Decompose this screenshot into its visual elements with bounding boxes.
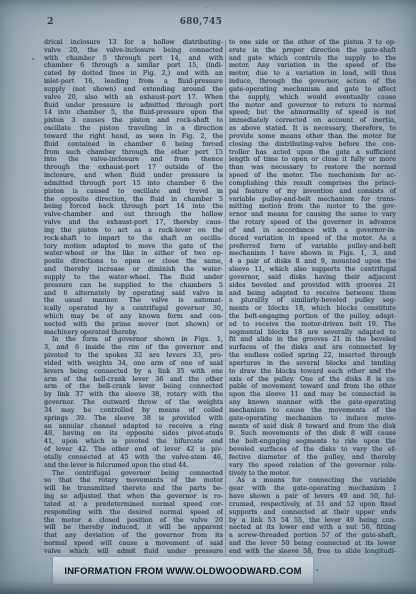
text-line: nected at its lower end with a nut 56, f… <box>229 524 396 532</box>
text-line: closing the distributing-valve before th… <box>229 141 396 149</box>
text-line: induce, through the governor, action of … <box>229 78 396 86</box>
text-line: as above stated. It is necessary, theref… <box>229 125 396 133</box>
text-line: admitted through port 15 into chamber 6 … <box>44 180 223 188</box>
text-line: the belt-engaging portion of the pulley,… <box>229 313 396 321</box>
text-line: through the exhaust-port 17 outside of t… <box>44 164 223 172</box>
text-line: and the lever is fulcrumed upon the stud… <box>44 462 223 470</box>
text-line: apertures in the several blocks and tend… <box>229 360 396 368</box>
text-line: ernor and means for causing the same to … <box>229 211 396 219</box>
text-line: mechanism to cause the movements of the <box>229 407 396 415</box>
text-line: cated by dotted lines in Fig. 2,) and wi… <box>44 70 223 78</box>
text-line: erate in the proper direction the gate-s… <box>229 47 396 55</box>
text-line: into the valve-inclosure and from thence <box>44 156 223 164</box>
patent-page-scan: 2 680,745 drical inclosure 13 for a holl… <box>0 0 416 594</box>
text-line: a plurality of similarly-beveled pulley … <box>229 297 396 305</box>
text-line: vided with weights 34, one arm of one of… <box>44 360 223 368</box>
text-line: segmental blocks 18 are severally adapte… <box>229 329 396 337</box>
text-line: of and in accordance with a governor-in- <box>229 227 396 235</box>
text-line: the endless coiled spring 22, inserted t… <box>229 352 396 360</box>
text-line: mitting motion from the motor to the gov… <box>229 203 396 211</box>
text-line: valve-chamber and out through the hollow <box>44 211 223 219</box>
text-line: tively to the motor. <box>229 470 396 478</box>
text-line: posite directions to open or close the s… <box>44 258 223 266</box>
text-line: 9. Such movements of the disk 8 will cau… <box>229 430 396 438</box>
text-line: The centrifugal governor being connected <box>44 470 223 478</box>
text-line: arm of the bell-crank lever 36 and the o… <box>44 376 223 384</box>
text-line: so that the rotary movements of the moto… <box>44 477 223 485</box>
text-line: inclosure, and when fluid under pressure… <box>44 172 223 180</box>
text-line: an annular channel adapted to receive a … <box>44 423 223 431</box>
watermark-text: INFORMATION FROM WWW.OLDWOODWARD.COM <box>64 565 301 576</box>
text-line: from such chamber through the other port… <box>44 149 223 157</box>
text-line: the opposite direction, the fluid in cha… <box>44 196 223 204</box>
text-line: being forced back through port 14 into t… <box>44 203 223 211</box>
text-line: rock-shaft to impart to the shaft an osc… <box>44 235 223 243</box>
text-line: that any deviation of the governor from … <box>44 532 223 540</box>
text-line: sleeve 11, which also supports the centr… <box>229 266 396 274</box>
text-line: As a means for connecting the variable <box>229 477 396 485</box>
text-line: governor. The outward throw of the weigh… <box>44 399 223 407</box>
text-line: pivoted to the spokes 32 are levers 33, … <box>44 352 223 360</box>
text-line: valve 20, the valve-inclosure being conn… <box>44 47 223 55</box>
text-line: will be thereby induced, it will be appa… <box>44 524 223 532</box>
column-divider-rule <box>225 40 226 555</box>
text-line: a screw-threaded portion 57 of the gate-… <box>229 532 396 540</box>
text-line: end with the sleeve 58, free to slide lo… <box>229 548 396 556</box>
text-line: 3, and 6 inside the rim of the governor … <box>44 344 223 352</box>
text-line: tory motion adapted to move the gate of … <box>44 243 223 251</box>
text-line: and thereby increase or diminish the wat… <box>44 266 223 274</box>
text-line: levers being connected by a link 35 with… <box>44 368 223 376</box>
text-line: than was necessary to restore the normal <box>229 164 396 172</box>
text-line: crumed, respectively, at 51 and 52 upon … <box>229 501 396 509</box>
text-line: ments of said disk 8 toward and from the… <box>229 423 396 431</box>
page-bottom-shadow <box>0 581 416 594</box>
text-line: duced variation in speed of the motor. A… <box>229 235 396 243</box>
text-line: ed to receive the motor-driven belt 19. … <box>229 321 396 329</box>
text-line: the supply, which would eventually cause <box>229 94 396 102</box>
scan-artifact <box>316 569 318 571</box>
text-line: gear with the gate-operating mechanism I <box>229 485 396 493</box>
text-line: sides beveled and provided with grooves … <box>229 282 396 290</box>
text-line: the belt-engaging segments to ride upon … <box>229 438 396 446</box>
text-line: pable of movement toward and from the ot… <box>229 383 396 391</box>
text-line: valve and the exhaust-port 17, thereby c… <box>44 219 223 227</box>
text-line: toward the right hand, as seen in Fig. 2… <box>44 133 223 141</box>
text-line: immediately corrected on account of iner… <box>229 117 396 125</box>
text-line: and being adapted to receive between the… <box>229 290 396 298</box>
text-line: oscillate the piston traveling in a dire… <box>44 125 223 133</box>
text-line: which may be of any known form and con- <box>44 313 223 321</box>
scan-artifact <box>205 7 207 8</box>
text-line: supply (not shown) and extending around … <box>44 86 223 94</box>
text-line: mechanism I have shown in Figs. 1, 3, an… <box>229 250 396 258</box>
text-line: ing so adjusted that when the governor i… <box>44 493 223 501</box>
text-column-right: to one side or the other of the piston 3… <box>229 39 396 556</box>
text-line: piston is caused to oscillate and travel… <box>44 188 223 196</box>
text-line: length of time to open or close it fully… <box>229 156 396 164</box>
text-line: 40, having on its opposite sides pivot-s… <box>44 430 223 438</box>
text-line: springs 39. The sleeve 38 is provided wi… <box>44 415 223 423</box>
text-line: fluid under pressure is admitted through… <box>44 102 223 110</box>
text-line: gate-operating mechanism to induce move-… <box>229 415 396 423</box>
text-line: have shown a pair of levers 49 and 50, f… <box>229 493 396 501</box>
text-line: piston 3 causes the piston and rock-shaf… <box>44 117 223 125</box>
text-line: In the form of governor shown in Figs. 1… <box>44 336 223 344</box>
text-line: speed of the motor. The mechanism for ac… <box>229 172 396 180</box>
text-line: variable pulley-and-belt mechanism for t… <box>229 196 396 204</box>
text-line: speed; but the abnormality of speed is n… <box>229 109 396 117</box>
text-line: 34 may be controlled by means of coiled <box>44 407 223 415</box>
text-line: 41, upon which is pivoted the bifurcate … <box>44 438 223 446</box>
text-line: surfaces of the disks and are connected … <box>229 344 396 352</box>
text-line: ically operated by a centrifugal governo… <box>44 305 223 313</box>
text-line: normal speed will cause a movement of sa… <box>44 540 223 548</box>
text-line: 4 a pair of disks 8 and 9, mounted upon … <box>229 258 396 266</box>
text-line: will be transmitted thereto and the part… <box>44 485 223 493</box>
text-line: axis of the pulley. One of the disks 8 i… <box>229 376 396 384</box>
text-line: inlet-port 16, leading from a fluid-pres… <box>44 78 223 86</box>
text-line: otally connected at 45 with the valve-st… <box>44 454 223 462</box>
text-line: machinery operated thereby. <box>44 329 223 337</box>
text-line: and gate which controls the supply to th… <box>229 55 396 63</box>
text-line: pal feature of my invention and consists… <box>229 188 396 196</box>
text-line: motor, due to a variation in load, will … <box>229 70 396 78</box>
text-line: arm of the bell-crank lever being connec… <box>44 383 223 391</box>
text-line: by link 37 with the sleeve 38, rotary wi… <box>44 391 223 399</box>
text-line: chamber 6 through a similar port 15, (in… <box>44 62 223 70</box>
text-line: supply to the water-wheel. The fluid und… <box>44 274 223 282</box>
text-line: ing the piston to act as a rock-lever on… <box>44 227 223 235</box>
patent-number: 680,745 <box>0 17 402 27</box>
watermark-strip: INFORMATION FROM WWW.OLDWOODWARD.COM <box>53 557 313 584</box>
scan-artifact <box>32 58 34 60</box>
text-line: fluid contained in chamber 6 being force… <box>44 141 223 149</box>
text-line: the motor and governor to return to norm… <box>229 102 396 110</box>
text-line: supports and connected at their upper en… <box>229 509 396 517</box>
text-line: fective diameter of the pulley, and ther… <box>229 454 396 462</box>
text-line: by a link 53 54 55, the lever 49 being c… <box>229 517 396 525</box>
text-line: of lever 42. The other end of lever 42 i… <box>44 446 223 454</box>
text-line: to draw the blocks toward each other and… <box>229 368 396 376</box>
text-line: ments or blocks 18, which blocks constit… <box>229 305 396 313</box>
text-column-left: drical inclosure 13 for a hollow distrib… <box>44 39 223 556</box>
text-line: and 6 alternately by operating said valv… <box>44 290 223 298</box>
text-line: motor. Any variation in the speed of the… <box>229 62 396 70</box>
text-line: with chamber 5 through port 14, and with <box>44 55 223 63</box>
text-line: the rotary speed of the governor in adva… <box>229 219 396 227</box>
text-line: and the lever 50 being connected at its … <box>229 540 396 548</box>
text-line: tated at a predetermined normal speed co… <box>44 501 223 509</box>
text-line: vary the speed relation of the governor … <box>229 462 396 470</box>
text-line: to one side or the other of the piston 3… <box>229 39 396 47</box>
text-line: beveled surfaces of the disks to vary th… <box>229 446 396 454</box>
text-line: provide some means other than the motor … <box>229 133 396 141</box>
text-line: 14 into chamber 5, the fluid-pressure up… <box>44 109 223 117</box>
text-line: the usual manner. The valve is automat- <box>44 297 223 305</box>
text-line: nected with the prime mover (not shown) … <box>44 321 223 329</box>
scan-artifact <box>213 9 215 10</box>
text-line: gate-operating mechanism and gate to aff… <box>229 86 396 94</box>
text-line: valve which will admit fluid under press… <box>44 548 223 556</box>
text-line: preferred form of variable pulley-and-be… <box>229 243 396 251</box>
text-line: responding with the desired normal speed… <box>44 509 223 517</box>
text-line: governor, said disks having their adjace… <box>229 274 396 282</box>
text-line: fit and slide in the grooves 21 in the b… <box>229 336 396 344</box>
text-line: pressure can be supplied to the chambers… <box>44 282 223 290</box>
text-line: valve 20, also with an exhaust-port 17. … <box>44 94 223 102</box>
text-line: drical inclosure 13 for a hollow distrib… <box>44 39 223 47</box>
text-line: complishing this result comprises the pr… <box>229 180 396 188</box>
text-line: the motor a closed position of the valve… <box>44 517 223 525</box>
text-line: any known manner with the gate-operating <box>229 399 396 407</box>
text-line: upon the sleeve 11 and may be connected … <box>229 391 396 399</box>
text-line: troller has acted upon the gate a suffic… <box>229 149 396 157</box>
text-line: water-wheel or the like in either of two… <box>44 250 223 258</box>
